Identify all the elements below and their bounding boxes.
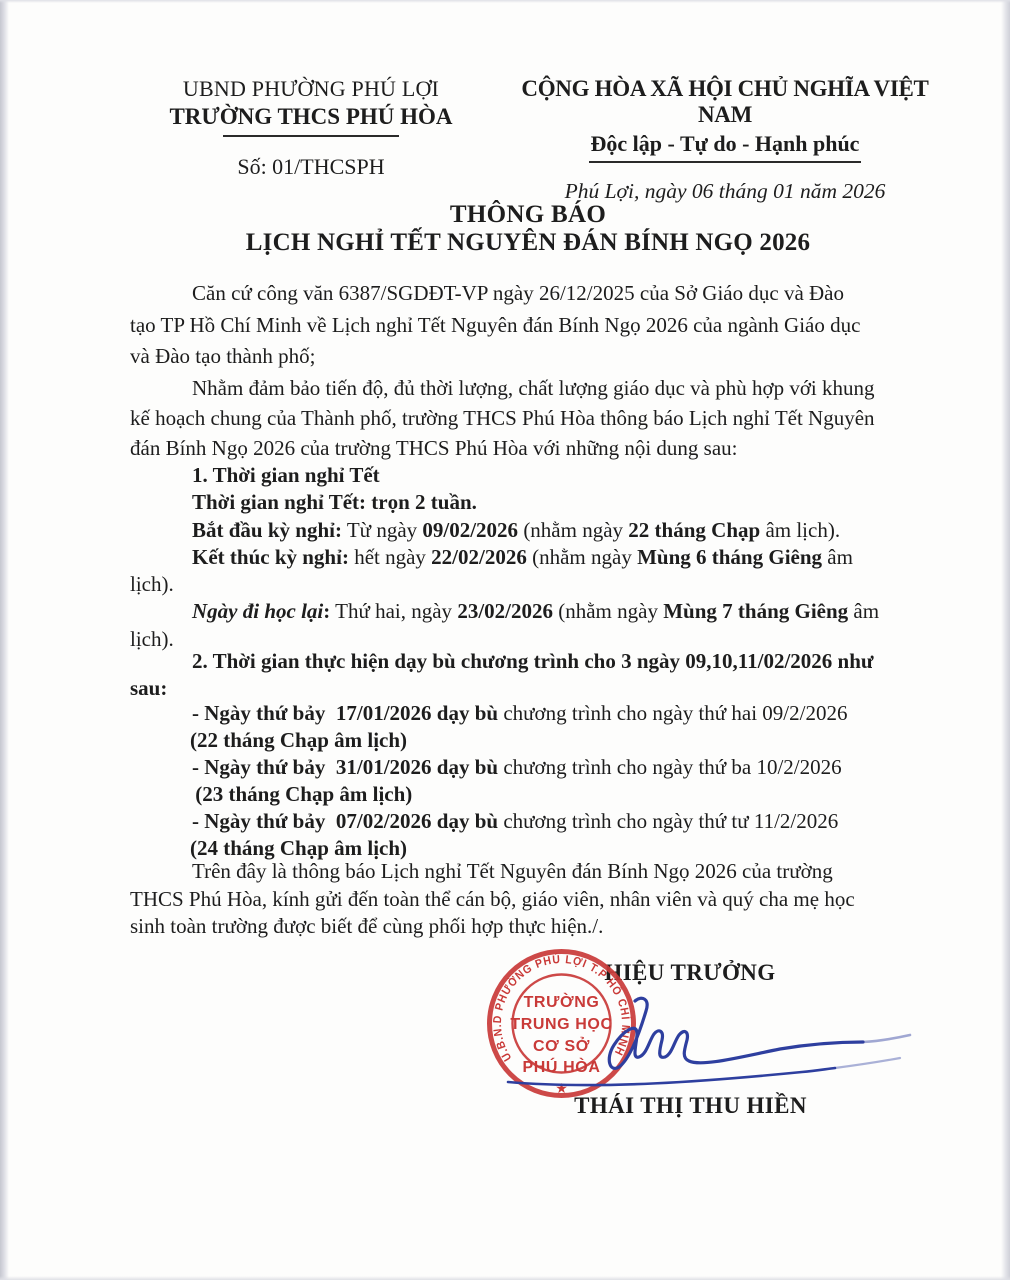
doc-line: (23 tháng Chạp âm lịch): [130, 781, 930, 808]
text-run: chương trình cho ngày thứ hai 09/2/2026: [498, 701, 847, 725]
doc-line: Thời gian nghỉ Tết: trọn 2 tuần.: [130, 489, 930, 516]
text-run: Ngày đi học lại: [192, 599, 323, 623]
text-run: sinh toàn trường được biết để cùng phối …: [130, 914, 603, 938]
doc-line: sau:: [130, 675, 930, 702]
text-run: Từ ngày: [342, 518, 422, 542]
text-run: (nhằm ngày: [527, 545, 637, 569]
doc-line: lịch).: [130, 571, 930, 598]
doc-line: THCS Phú Hòa, kính gửi đến toàn thể cán …: [130, 886, 930, 914]
text-run: (24 tháng Chạp âm lịch): [190, 836, 407, 860]
national-motto-line2: Độc lập - Tự do - Hạnh phúc: [494, 131, 956, 157]
text-run: Mùng 6 tháng Giêng: [637, 545, 822, 569]
doc-line: sinh toàn trường được biết để cùng phối …: [130, 913, 930, 941]
text-run: 23/02/2026: [457, 599, 553, 623]
text-run: - Ngày thứ bảy 17/01/2026 dạy bù: [192, 701, 498, 725]
text-run: chương trình cho ngày thứ tư 11/2/2026: [498, 809, 838, 833]
text-run: (nhằm ngày: [518, 518, 628, 542]
text-run: âm: [848, 599, 879, 623]
doc-line: Kết thúc kỳ nghỉ: hết ngày 22/02/2026 (n…: [130, 544, 930, 571]
handwritten-signature: [480, 985, 950, 1100]
doc-line: và Đào tạo thành phố;: [130, 341, 930, 373]
doc-line: tạo TP Hồ Chí Minh về Lịch nghỉ Tết Nguy…: [130, 310, 930, 342]
body-block-bl: - Ngày thứ bảy 17/01/2026 dạy bù chương …: [130, 700, 930, 862]
document-title: THÔNG BÁO LỊCH NGHỈ TẾT NGUYÊN ĐÁN BÍNH …: [128, 201, 928, 256]
doc-line: (22 tháng Chạp âm lịch): [130, 727, 930, 754]
doc-line: Ngày đi học lại: Thứ hai, ngày 23/02/202…: [130, 598, 930, 625]
issuer-underline: [223, 135, 399, 137]
body-block-p1: Căn cứ công văn 6387/SGDĐT-VP ngày 26/12…: [130, 278, 930, 373]
doc-line: đán Bính Ngọ 2026 của trường THCS Phú Hò…: [130, 433, 930, 463]
body-block-s2: 2. Thời gian thực hiện dạy bù chương trì…: [130, 648, 930, 702]
text-run: tạo TP Hồ Chí Minh về Lịch nghỉ Tết Nguy…: [130, 313, 860, 337]
text-run: chương trình cho ngày thứ ba 10/2/2026: [498, 755, 842, 779]
doc-line: Nhằm đảm bảo tiến độ, đủ thời lượng, chấ…: [130, 373, 930, 403]
doc-line: - Ngày thứ bảy 07/02/2026 dạy bù chương …: [130, 808, 930, 835]
body-block-s1: 1. Thời gian nghỉ TếtThời gian nghỉ Tết:…: [130, 462, 930, 653]
issuer-parent-org: UBND PHƯỜNG PHÚ LỢI: [150, 76, 472, 102]
national-header-block: CỘNG HÒA XÃ HỘI CHỦ NGHĨA VIỆT NAM Độc l…: [494, 76, 956, 204]
text-run: 22 tháng Chạp: [628, 518, 760, 542]
page-right-edge-shadow: [1001, 0, 1010, 1280]
text-run: kế hoạch chung của Thành phố, trường THC…: [130, 406, 875, 430]
text-run: Thời gian nghỉ Tết: trọn 2 tuần.: [192, 490, 477, 514]
doc-line: kế hoạch chung của Thành phố, trường THC…: [130, 403, 930, 433]
text-run: Nhằm đảm bảo tiến độ, đủ thời lượng, chấ…: [192, 376, 875, 400]
text-run: (23 tháng Chạp âm lịch): [190, 782, 412, 806]
text-run: THCS Phú Hòa, kính gửi đến toàn thể cán …: [130, 887, 855, 911]
text-run: và Đào tạo thành phố;: [130, 344, 315, 368]
title-line2: LỊCH NGHỈ TẾT NGUYÊN ĐÁN BÍNH NGỌ 2026: [128, 229, 928, 256]
motto-underline: [589, 161, 861, 163]
text-run: hết ngày: [349, 545, 431, 569]
doc-line: 2. Thời gian thực hiện dạy bù chương trì…: [130, 648, 930, 675]
doc-line: 1. Thời gian nghỉ Tết: [130, 462, 930, 489]
text-run: 2. Thời gian thực hiện dạy bù chương trì…: [192, 649, 874, 673]
signer-name: THÁI THỊ THU HIỀN: [558, 1093, 823, 1119]
body-block-cl: Trên đây là thông báo Lịch nghỉ Tết Nguy…: [130, 858, 930, 941]
text-run: Trên đây là thông báo Lịch nghỉ Tết Nguy…: [192, 859, 833, 883]
text-run: (22 tháng Chạp âm lịch): [190, 728, 407, 752]
text-run: 22/02/2026: [431, 545, 527, 569]
document-number: Số: 01/THCSPH: [150, 154, 472, 180]
doc-line: - Ngày thứ bảy 31/01/2026 dạy bù chương …: [130, 754, 930, 781]
text-run: Thứ hai, ngày: [330, 599, 457, 623]
text-run: Căn cứ công văn 6387/SGDĐT-VP ngày 26/12…: [192, 281, 844, 305]
text-run: âm: [822, 545, 853, 569]
text-run: Bắt đầu kỳ nghỉ:: [192, 518, 342, 542]
page-left-edge-shadow: [0, 0, 9, 1280]
page-bottom-edge-shadow: [0, 1276, 1010, 1280]
issuer-school-name: TRƯỜNG THCS PHÚ HÒA: [150, 104, 472, 130]
text-run: âm lịch).: [760, 518, 840, 542]
national-motto-line1: CỘNG HÒA XÃ HỘI CHỦ NGHĨA VIỆT NAM: [494, 76, 956, 128]
doc-line: Trên đây là thông báo Lịch nghỉ Tết Nguy…: [130, 858, 930, 886]
text-run: sau:: [130, 676, 167, 700]
text-run: 1. Thời gian nghỉ Tết: [192, 463, 380, 487]
body-block-p2: Nhằm đảm bảo tiến độ, đủ thời lượng, chấ…: [130, 373, 930, 463]
text-run: 09/02/2026: [422, 518, 518, 542]
text-run: - Ngày thứ bảy 07/02/2026 dạy bù: [192, 809, 498, 833]
text-run: Mùng 7 tháng Giêng: [663, 599, 848, 623]
text-run: (nhằm ngày: [553, 599, 663, 623]
page-top-edge-shadow: [0, 0, 1010, 3]
text-run: - Ngày thứ bảy 31/01/2026 dạy bù: [192, 755, 498, 779]
scanned-announcement-document: UBND PHƯỜNG PHÚ LỢI TRƯỜNG THCS PHÚ HÒA …: [0, 0, 1010, 1280]
text-run: đán Bính Ngọ 2026 của trường THCS Phú Hò…: [130, 436, 737, 460]
text-run: Kết thúc kỳ nghỉ:: [192, 545, 349, 569]
issuer-block: UBND PHƯỜNG PHÚ LỢI TRƯỜNG THCS PHÚ HÒA …: [150, 76, 472, 180]
doc-line: Căn cứ công văn 6387/SGDĐT-VP ngày 26/12…: [130, 278, 930, 310]
doc-line: - Ngày thứ bảy 17/01/2026 dạy bù chương …: [130, 700, 930, 727]
text-run: lịch).: [130, 572, 174, 596]
title-line1: THÔNG BÁO: [128, 201, 928, 228]
doc-line: Bắt đầu kỳ nghỉ: Từ ngày 09/02/2026 (nhằ…: [130, 517, 930, 544]
